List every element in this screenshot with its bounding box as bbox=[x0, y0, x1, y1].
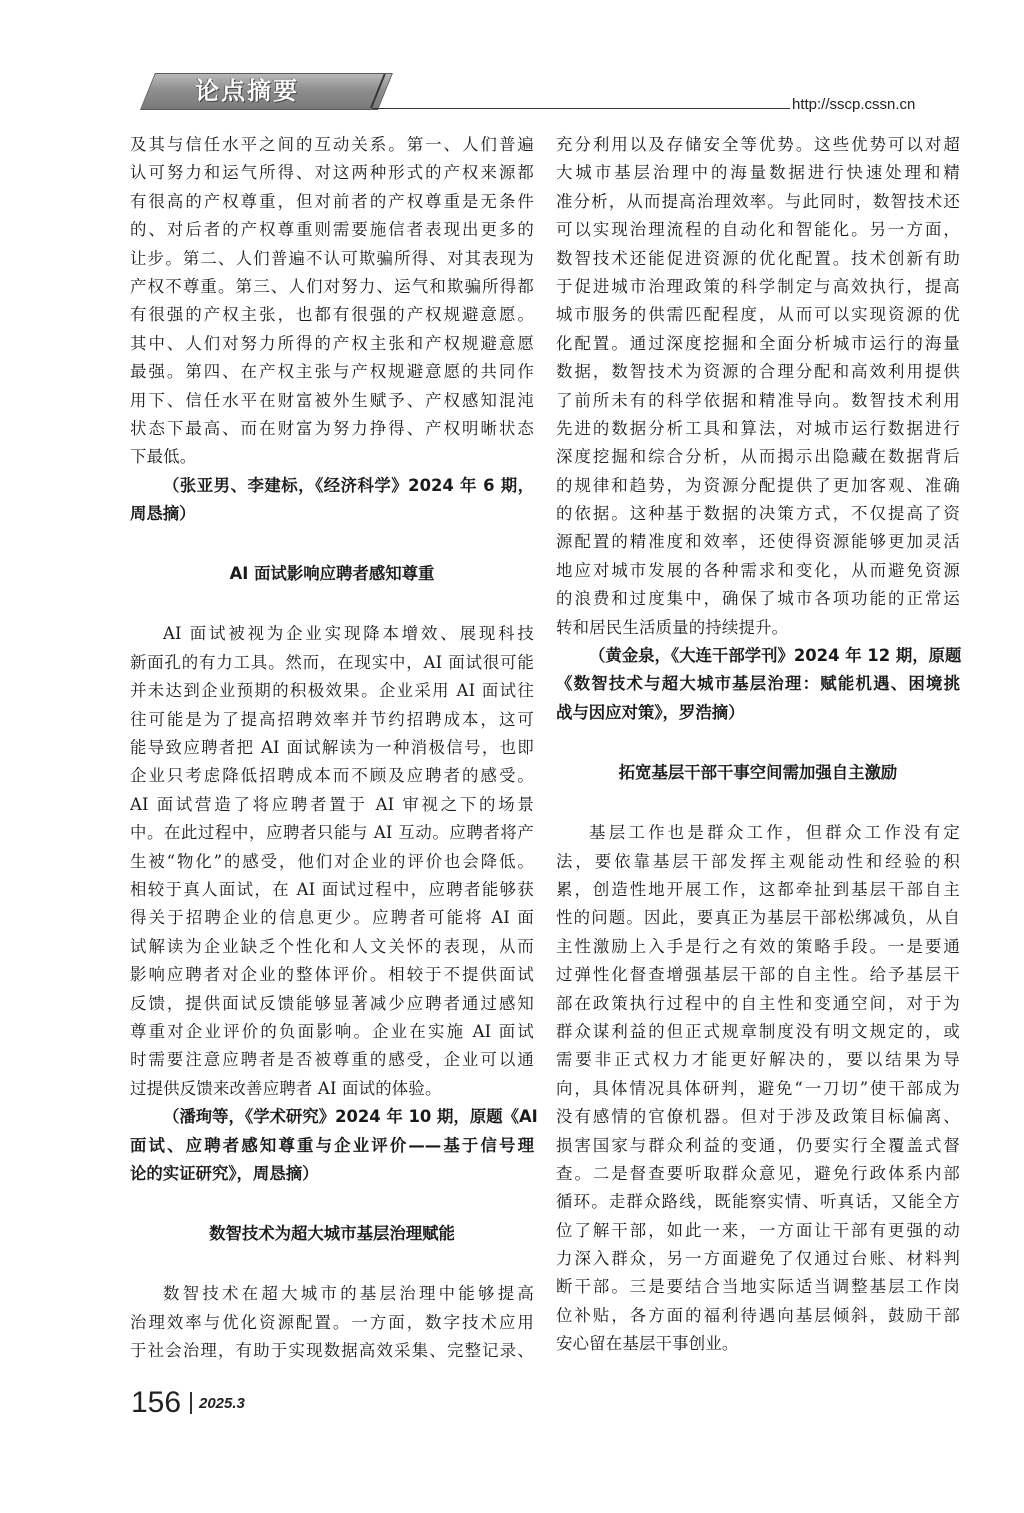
site-url: http://sscp.cssn.cn bbox=[792, 96, 915, 113]
citation-line: 面试、应聘者感知尊重与企业评价——基于信号理 bbox=[130, 1132, 534, 1160]
paragraph-line: 先进的数据分析工具和算法，对城市运行数据进行 bbox=[556, 415, 960, 443]
paragraph-line: 相较于真人面试，在 AI 面试过程中，应聘者能够获 bbox=[130, 876, 534, 904]
paragraph-line: 查。二是督查要听取群众意见，避免行政体系内部 bbox=[556, 1160, 960, 1188]
paragraph-line: 于促进城市治理政策的科学制定与高效执行，提高 bbox=[556, 273, 960, 301]
paragraph-line: 需要非正式权力才能更好解决的，要以结果为导 bbox=[556, 1046, 960, 1074]
paragraph-line: 基层工作也是群众工作，但群众工作没有定 bbox=[556, 819, 960, 847]
footer-divider bbox=[190, 1392, 192, 1414]
paragraph-line: 有很强的产权主张，也都有很强的产权规避意愿。 bbox=[130, 301, 534, 329]
paragraph-line: 状态下最高、而在财富为努力挣得、产权明晰状态 bbox=[130, 415, 534, 443]
paragraph-line: 生被“物化”的感受，他们对企业的评价也会降低。 bbox=[130, 848, 534, 876]
paragraph-line: 的规律和趋势，为资源分配提供了更加客观、准确 bbox=[556, 472, 960, 500]
citation-line: 战与因应对策》，罗浩摘） bbox=[556, 699, 960, 727]
paragraph-line: 性的问题。因此，要真正为基层干部松绑减负，从自 bbox=[556, 904, 960, 932]
header-rule bbox=[372, 108, 790, 109]
paragraph-line: 深度挖掘和综合分析，从而揭示出隐藏在数据背后 bbox=[556, 443, 960, 471]
paragraph-line: 主性激励上入手是行之有效的策略手段。一是要通 bbox=[556, 933, 960, 961]
paragraph-line: 群众谋利益的但正式规章制度没有明文规定的，或 bbox=[556, 1018, 960, 1046]
paragraph-line: 企业只考虑降低招聘成本而不顾及应聘者的感受。 bbox=[130, 762, 534, 790]
paragraph-line: 时需要注意应聘者是否被尊重的感受，企业可以通 bbox=[130, 1046, 534, 1074]
paragraph-line: 往可能是为了提高招聘效率并节约招聘成本，这可 bbox=[130, 706, 534, 734]
paragraph-line: 认可努力和运气所得、对这两种形式的产权来源都 bbox=[130, 159, 534, 187]
paragraph-line: 得关于招聘企业的信息更少。应聘者可能将 AI 面 bbox=[130, 904, 534, 932]
paragraph-line: 准分析，从而提高治理效率。与此同时，数智技术还 bbox=[556, 188, 960, 216]
issue-number: 2025.3 bbox=[199, 1395, 245, 1412]
paragraph-line: 部在政策执行过程中的自主性和变通空间，对于为 bbox=[556, 990, 960, 1018]
paragraph-line: 损害国家与群众利益的变通，仍要实行全覆盖式督 bbox=[556, 1132, 960, 1160]
article-digital-governance-head: 数智技术在超大城市的基层治理中能够提高治理效率与优化资源配置。一方面，数字技术应… bbox=[130, 1280, 534, 1365]
article-grassroots-cadres: 基层工作也是群众工作，但群众工作没有定法，要依靠基层干部发挥主观能动性和经验的积… bbox=[556, 819, 960, 1358]
left-column: 及其与信任水平之间的互动关系。第一、人们普遍认可努力和运气所得、对这两种形式的产… bbox=[130, 131, 534, 1365]
paragraph-line: 城市服务的供需匹配程度，从而可以实现资源的优 bbox=[556, 301, 960, 329]
paragraph-line: 数智技术在超大城市的基层治理中能够提高 bbox=[130, 1280, 534, 1308]
citation-line: （张亚男、李建标，《经济科学》2024 年 6 期， bbox=[130, 472, 534, 500]
paragraph-line: 于社会治理，有助于实现数据高效采集、完整记录、 bbox=[130, 1337, 534, 1365]
article-title: 拓宽基层干部干事空间需加强自主激励 bbox=[556, 759, 960, 787]
paragraph-line: 向，具体情况具体研判，避免“一刀切”使干部成为 bbox=[556, 1075, 960, 1103]
paragraph-line: 法，要依靠基层干部发挥主观能动性和经验的积 bbox=[556, 848, 960, 876]
right-column: 充分利用以及存储安全等优势。这些优势可以对超大城市基层治理中的海量数据进行快速处… bbox=[556, 131, 960, 1359]
paragraph-line: 试解读为企业缺乏个性化和人文关怀的表现，从而 bbox=[130, 933, 534, 961]
article-ai-interview: AI 面试被视为企业实现降本增效、展现科技新面孔的有力工具。然而，在现实中，AI… bbox=[130, 620, 534, 1188]
paragraph-line: 大城市基层治理中的海量数据进行快速处理和精 bbox=[556, 159, 960, 187]
page-number: 156 bbox=[131, 1386, 181, 1420]
paragraph-line: 过提供反馈来改善应聘者 AI 面试的体验。 bbox=[130, 1075, 534, 1103]
paragraph-line: 其中、人们对努力所得的产权主张和产权规避意愿 bbox=[130, 330, 534, 358]
article-title: 数智技术为超大城市基层治理赋能 bbox=[130, 1220, 534, 1248]
paragraph-line: 产权不尊重。第三、人们对努力、运气和欺骗所得都 bbox=[130, 273, 534, 301]
article-digital-governance-tail: 充分利用以及存储安全等优势。这些优势可以对超大城市基层治理中的海量数据进行快速处… bbox=[556, 131, 960, 727]
paragraph-line: 的依据。这种基于数据的决策方式，不仅提高了资 bbox=[556, 500, 960, 528]
paragraph-line: 的浪费和过度集中，确保了城市各项功能的正常运 bbox=[556, 585, 960, 613]
paragraph-line: 可以实现治理流程的自动化和智能化。另一方面， bbox=[556, 216, 960, 244]
paragraph-line: 力深入群众，另一方面避免了仅通过台账、材料判 bbox=[556, 1245, 960, 1273]
paragraph-line: 及其与信任水平之间的互动关系。第一、人们普遍 bbox=[130, 131, 534, 159]
paragraph-line: 数据，数智技术为资源的合理分配和高效利用提供 bbox=[556, 358, 960, 386]
paragraph-line: 让步。第二、人们普遍不认可欺骗所得、对其表现为 bbox=[130, 245, 534, 273]
paragraph-line: 新面孔的有力工具。然而，在现实中，AI 面试很可能 bbox=[130, 649, 534, 677]
paragraph-line: 并未达到企业预期的积极效果。企业采用 AI 面试往 bbox=[130, 677, 534, 705]
paragraph-line: 最强。第四、在产权主张与产权规避意愿的共同作 bbox=[130, 358, 534, 386]
paragraph-line: 安心留在基层干事创业。 bbox=[556, 1330, 960, 1358]
paragraph-line: 源配置的精准度和效率，还使得资源能够更加灵活 bbox=[556, 528, 960, 556]
page-header: 论点摘要 http://sscp.cssn.cn bbox=[0, 0, 1024, 130]
paragraph-line: 能导致应聘者把 AI 面试解读为一种消极信号，也即 bbox=[130, 734, 534, 762]
paragraph-line: 充分利用以及存储安全等优势。这些优势可以对超 bbox=[556, 131, 960, 159]
paragraph-line: 数智技术还能促进资源的优化配置。技术创新有助 bbox=[556, 245, 960, 273]
paragraph-line: 了前所未有的科学依据和精准导向。数智技术利用 bbox=[556, 387, 960, 415]
paragraph-line: 治理效率与优化资源配置。一方面，数字技术应用 bbox=[130, 1309, 534, 1337]
paragraph-line: AI 面试被视为企业实现降本增效、展现科技 bbox=[130, 620, 534, 648]
paragraph-line: 转和居民生活质量的持续提升。 bbox=[556, 614, 960, 642]
paragraph-line: 用下、信任水平在财富被外生赋予、产权感知混沌 bbox=[130, 387, 534, 415]
paragraph-line: 循环。走群众路线，既能察实情、听真话，又能全方 bbox=[556, 1188, 960, 1216]
paragraph-line: 的、对后者的产权尊重则需要施信者表现出更多的 bbox=[130, 216, 534, 244]
paragraph-line: 反馈，提供面试反馈能够显著减少应聘者通过感知 bbox=[130, 990, 534, 1018]
section-title: 论点摘要 bbox=[195, 73, 299, 108]
paragraph-line: 位了解干部，如此一来，一方面让干部有更强的动 bbox=[556, 1217, 960, 1245]
paragraph-line: 累，创造性地开展工作，这都牵扯到基层干部自主 bbox=[556, 876, 960, 904]
paragraph-line: 位补贴，各方面的福利待遇向基层倾斜，鼓励干部 bbox=[556, 1302, 960, 1330]
citation-line: 《数智技术与超大城市基层治理：赋能机遇、困境挑 bbox=[556, 670, 960, 698]
citation-line: （黄金泉，《大连干部学刊》2024 年 12 期，原题 bbox=[556, 642, 960, 670]
citation-line: （潘珣等，《学术研究》2024 年 10 期，原题《AI bbox=[130, 1103, 534, 1131]
article-tail-property-rights: 及其与信任水平之间的互动关系。第一、人们普遍认可努力和运气所得、对这两种形式的产… bbox=[130, 131, 534, 528]
paragraph-line: 过弹性化督查增强基层干部的自主性。给予基层干 bbox=[556, 961, 960, 989]
paragraph-line: 有很高的产权尊重，但对前者的产权尊重是无条件 bbox=[130, 188, 534, 216]
paragraph-line: 下最低。 bbox=[130, 443, 534, 471]
paragraph-line: 地应对城市发展的各种需求和变化，从而避免资源 bbox=[556, 557, 960, 585]
paragraph-line: AI 面试营造了将应聘者置于 AI 审视之下的场景 bbox=[130, 791, 534, 819]
citation-line: 周恳摘） bbox=[130, 500, 534, 528]
paragraph-line: 化配置。通过深度挖掘和全面分析城市运行的海量 bbox=[556, 330, 960, 358]
paragraph-line: 中。在此过程中，应聘者只能与 AI 互动。应聘者将产 bbox=[130, 819, 534, 847]
paragraph-line: 尊重对企业评价的负面影响。企业在实施 AI 面试 bbox=[130, 1018, 534, 1046]
paragraph-line: 断干部。三是要结合当地实际适当调整基层工作岗 bbox=[556, 1273, 960, 1301]
paragraph-line: 影响应聘者对企业的整体评价。相较于不提供面试 bbox=[130, 961, 534, 989]
citation-line: 论的实证研究》，周恳摘） bbox=[130, 1160, 534, 1188]
paragraph-line: 没有感情的官僚机器。但对于涉及政策目标偏离、 bbox=[556, 1103, 960, 1131]
article-title: AI 面试影响应聘者感知尊重 bbox=[130, 560, 534, 588]
